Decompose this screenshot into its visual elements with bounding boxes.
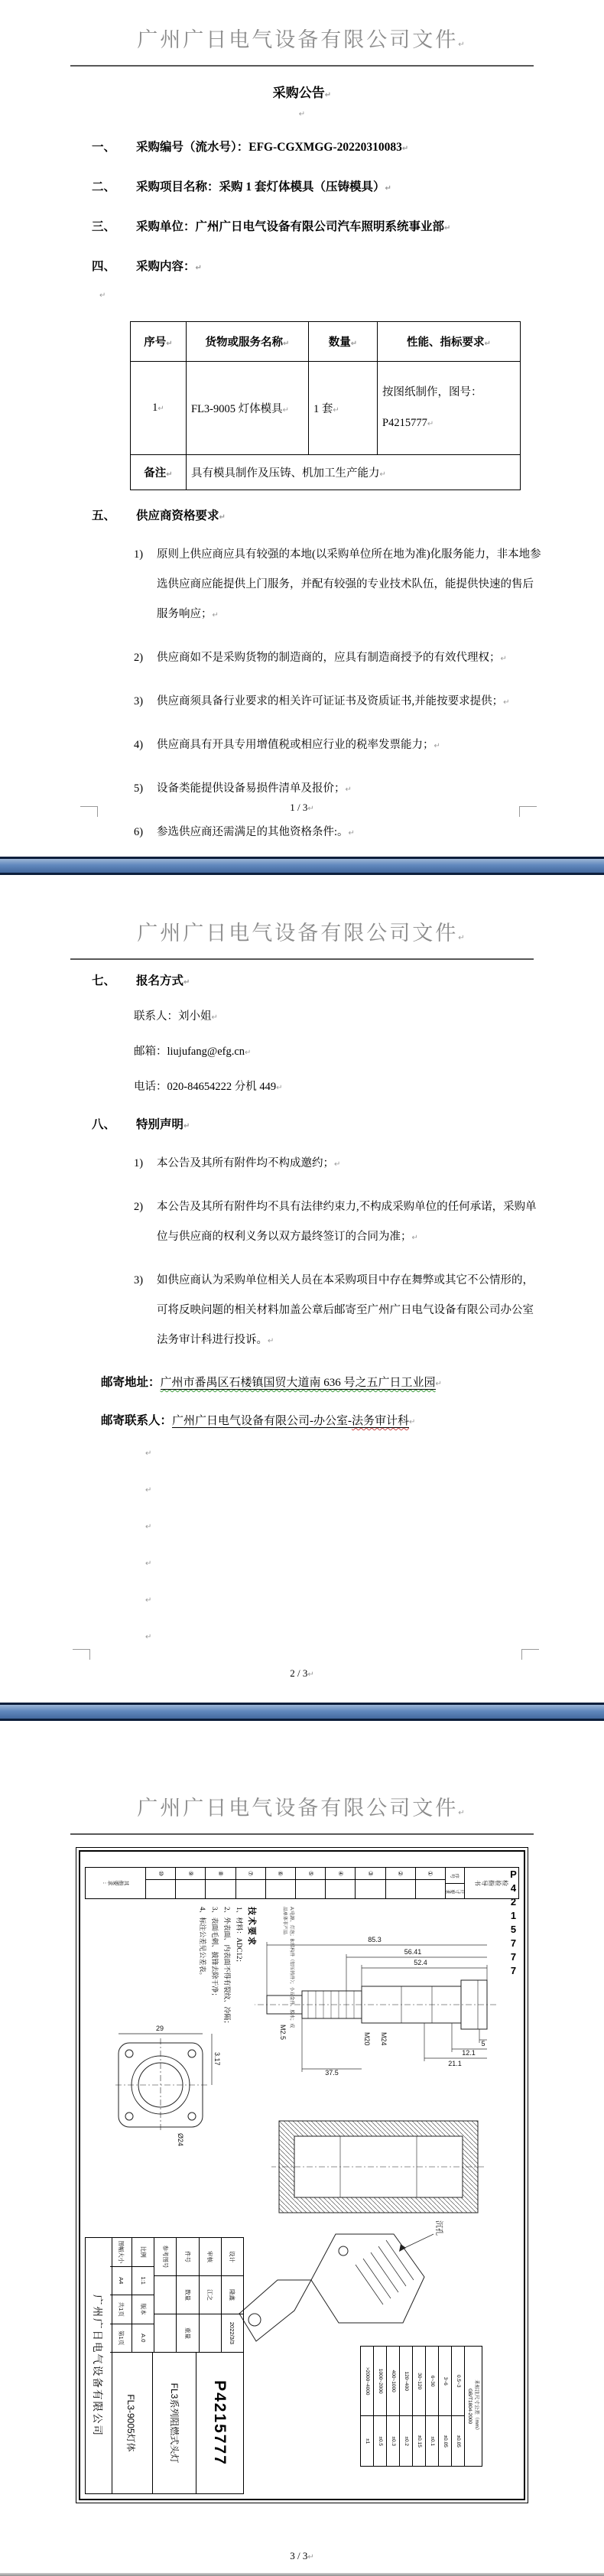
- empty-paragraph: ↵: [145, 1560, 604, 1596]
- qual-text: 参选供应商还需满足的其他资格条件:。↵: [157, 818, 355, 848]
- statement-text: 如供应商认为采购单位相关人员在本采购项目中存在舞弊或其它不公情形的，可将反映问题…: [157, 1266, 543, 1356]
- title-block-fields: 设计隆鑫2022/3/3 审核江之 件号数量重量 参考图号 比例1:1版本A.0: [110, 2238, 243, 2353]
- tech-line: 4、标注公差见公差表。: [196, 1907, 209, 2067]
- qualification-item: 6)参选供应商还需满足的其他资格条件:。↵: [134, 818, 543, 848]
- section-number: 八、: [92, 1116, 136, 1136]
- tb-row-size: 图幅大小A4共1页第1页: [110, 2238, 132, 2352]
- company-header: 广州广日电气设备有限公司文件↵: [0, 919, 604, 952]
- mail-contact: 邮寄联系人：广州广日电气设备有限公司-办公室-法务审计科↵: [101, 1411, 558, 1433]
- part-name: FL3-9005灯体: [110, 2353, 152, 2493]
- page-separator: [0, 1703, 604, 1721]
- svg-text:Ø24: Ø24: [177, 2133, 184, 2146]
- contact-person: 联系人：刘小姐↵: [134, 1007, 558, 1027]
- title-block: 设计隆鑫2022/3/3 审核江之 件号数量重量 参考图号 比例1:1版本A.0: [85, 2237, 244, 2494]
- inspection-row: ⑩: [145, 1868, 175, 1898]
- empty-paragraph: ↵: [99, 291, 604, 300]
- qual-text: 供应商具有开具专用增值税或相应行业的税率发票能力；↵: [157, 730, 440, 761]
- empty-paragraph: ↵: [145, 1523, 604, 1560]
- tb-row-check: 审核江之: [199, 2238, 221, 2352]
- title-block-names: P4215777 FL3系列阻燃式头灯 FL3-9005灯体: [110, 2353, 243, 2493]
- margin-mark: [73, 1649, 90, 1660]
- empty-paragraph: ↵: [145, 1486, 604, 1523]
- tech-title: 技术要求: [245, 1907, 258, 2067]
- col-header-no: 序号↵: [131, 322, 187, 362]
- page-number: 2 / 3↵: [0, 1667, 604, 1680]
- tolerance-row: 6~30±0.1: [425, 2347, 438, 2466]
- section-4: 四、 采购内容：↵: [92, 258, 558, 278]
- company-header: 广州广日电气设备有限公司文件↵: [0, 1794, 604, 1827]
- tech-line: 3、表面毛刺、披锋去除干净；: [209, 1907, 221, 2067]
- section-1: 一、 采购编号（流水号）：EFG-CGXMGG-20220310083↵: [92, 138, 558, 158]
- section-7: 七、 报名方式↵: [92, 972, 558, 992]
- empty-paragraph: ↵: [0, 110, 604, 119]
- svg-text:29: 29: [156, 2025, 164, 2032]
- contact-phone: 电话：020-84654222 分机 449↵: [134, 1078, 558, 1098]
- svg-text:M24: M24: [380, 2032, 388, 2046]
- empty-paragraph: ↵: [145, 1596, 604, 1633]
- tolerance-row: 3~6±0.05: [438, 2347, 451, 2466]
- tolerance-row: 400~1000±0.3: [386, 2347, 399, 2466]
- qualification-item: 4)供应商具有开具专用增值税或相应行业的税率发票能力；↵: [134, 730, 543, 761]
- engineering-drawing: 52.4 56.41 85.3 5 12.1 21.1 37.5 M24 M20…: [79, 1850, 525, 2500]
- tolerance-row: >2000~4000±1: [361, 2347, 373, 2466]
- material-notes: A:电源、灯泡；B:结构件（铝压铸件）；小五金件、胶水；成品单体非产品: [281, 1907, 294, 2029]
- section-2: 二、 采购项目名称：采购 1 套灯体模具（压铸模具）↵: [92, 178, 558, 198]
- svg-text:52.4: 52.4: [414, 1959, 427, 1966]
- inspection-row: ⑤: [295, 1868, 325, 1898]
- tb-row-item: 件号数量重量: [176, 2238, 198, 2352]
- statement-text: 本公告及其所有附件均不构成邀约；↵: [157, 1149, 340, 1179]
- section-number: 四、: [92, 258, 136, 278]
- margin-mark: [521, 1649, 539, 1660]
- svg-text:沉孔: 沉孔: [434, 2220, 444, 2236]
- header-rule: [70, 958, 534, 960]
- tolerance-row: 120~400±0.2: [399, 2347, 412, 2466]
- tech-line: 2、外表面、内表面不得有裂纹、冷隔；: [221, 1907, 233, 2067]
- cell-spec: 按图纸制作，图号： P4215777↵: [378, 362, 521, 455]
- svg-text:21.1: 21.1: [448, 2060, 462, 2067]
- statement-item: 2)本公告及其所有附件均不具有法律约束力,不构成采购单位的任何承诺，采购单位与供…: [134, 1192, 543, 1253]
- tolerance-row: 0.5~3±0.05: [451, 2347, 464, 2466]
- qualification-item: 2)供应商如不是采购货物的制造商的，应具有制造商授予的有效代理权；↵: [134, 643, 543, 674]
- col-header-spec: 性能、指标要求↵: [378, 322, 521, 362]
- qual-text: 设备类能提供设备易损件清单及报价；↵: [157, 774, 352, 805]
- procurement-table: 序号↵ 货物或服务名称↵ 数量↵ 性能、指标要求↵ 1↵ FL3-9005 灯体…: [130, 321, 521, 490]
- page-number: 1 / 3↵: [0, 802, 604, 814]
- inspection-row: ⑨: [175, 1868, 205, 1898]
- tech-line: 1、材料：ADC12；: [233, 1907, 245, 2067]
- tolerance-title: 未标注尺寸公差（mm）GB/T1804-2000: [464, 2347, 482, 2466]
- table-header-row: 序号↵ 货物或服务名称↵ 数量↵ 性能、指标要求↵: [131, 322, 521, 362]
- tb-row-design: 设计隆鑫2022/3/3: [221, 2238, 243, 2352]
- section-number: 七、: [92, 972, 136, 992]
- page-3: 广州广日电气设备有限公司文件↵: [0, 1721, 604, 2573]
- section-number: 五、: [92, 507, 136, 527]
- page-title: 采购公告↵: [0, 82, 604, 101]
- section-number: 三、: [92, 218, 136, 238]
- section-text: 采购项目名称：采购 1 套灯体模具（压铸模具）↵: [136, 178, 391, 198]
- section-3: 三、 采购单位：广州广日电气设备有限公司汽车照明系统事业部↵: [92, 218, 558, 238]
- part-number-vertical: P4215777: [508, 1869, 519, 1979]
- svg-text:37.5: 37.5: [325, 2069, 339, 2077]
- statement-text: 本公告及其所有附件均不具有法律约束力,不构成采购单位的任何承诺，采购单位与供应商…: [157, 1192, 543, 1253]
- page-separator: [0, 857, 604, 875]
- page-number: 3 / 3↵: [0, 2550, 604, 2562]
- svg-text:M20: M20: [363, 2032, 371, 2046]
- qualification-item: 3)供应商须具备行业要求的相关许可证证书及资质证书,并能按要求提供；↵: [134, 687, 543, 717]
- company-name: 广州广日电气设备有限公司: [86, 2238, 112, 2493]
- part-number: P4215777: [196, 2353, 243, 2493]
- section-number: 一、: [92, 138, 136, 158]
- inspection-row: ⑥: [265, 1868, 295, 1898]
- statement-item: 3)如供应商认为采购单位相关人员在本采购项目中存在舞弊或其它不公情形的，可将反映…: [134, 1266, 543, 1356]
- cell-qty: 1 套↵: [309, 362, 378, 455]
- qual-text: 供应商须具备行业要求的相关许可证证书及资质证书,并能按要求提供；↵: [157, 687, 510, 717]
- svg-text:85.3: 85.3: [368, 1936, 382, 1943]
- pilcrow-mark: ↵: [458, 41, 466, 49]
- tb-row-scale: 比例1:1版本A.0: [132, 2238, 154, 2352]
- qualification-item: 5)设备类能提供设备易损件清单及报价；↵: [134, 774, 543, 805]
- tolerance-row: 30~120±0.15: [412, 2347, 425, 2466]
- inspection-header: 序号 尺寸要求: [445, 1868, 464, 1898]
- qual-text: 原则上供应商应具有较强的本地(以采购单位所在地为准)化服务能力，非本地参选供应商…: [157, 540, 543, 630]
- tolerance-row: 1000~2000±0.5: [373, 2347, 386, 2466]
- header-rule: [70, 1833, 534, 1835]
- col-req: 尺寸要求: [446, 1884, 464, 1899]
- section-text: 供应商资格要求↵: [136, 507, 226, 527]
- header-rule: [70, 65, 534, 67]
- page-2: 广州广日电气设备有限公司文件↵ 七、 报名方式↵ 联系人：刘小姐↵ 邮箱：liu…: [0, 875, 604, 1703]
- inspection-row: ①: [415, 1868, 445, 1898]
- col-header-name: 货物或服务名称↵: [187, 322, 309, 362]
- page-1: 广州广日电气设备有限公司文件↵ 采购公告↵ ↵ 一、 采购编号（流水号）：EFG…: [0, 0, 604, 857]
- tolerance-table: 未标注尺寸公差（mm）GB/T1804-2000 0.5~3±0.05 3~6±…: [360, 2346, 482, 2467]
- section-text: 采购单位：广州广日电气设备有限公司汽车照明系统事业部↵: [136, 218, 450, 238]
- section-text: 报名方式↵: [136, 972, 190, 992]
- svg-text:56.41: 56.41: [404, 1948, 422, 1956]
- section-text: 采购内容：↵: [136, 258, 202, 278]
- table-remark-row: 备注↵ 具有模具制作及压铸、机加工生产能力↵: [131, 455, 521, 490]
- product-name: FL3系列阻燃式头灯: [152, 2353, 195, 2493]
- cell-remark-label: 备注↵: [131, 455, 187, 490]
- mail-address: 邮寄地址：广州市番禺区石楼镇国贸大道南 636 号之五广日工业园↵: [101, 1373, 558, 1394]
- qual-text: 供应商如不是采购货物的制造商的，应具有制造商授予的有效代理权；↵: [157, 643, 507, 674]
- svg-text:5: 5: [481, 2040, 485, 2047]
- col-header-qty: 数量↵: [309, 322, 378, 362]
- inspection-table: 检验指导书 序号 尺寸要求 ① ② ③ ④ ⑤ ⑥ ⑦ ⑧ ⑨ ⑩ 其他要求:: [85, 1867, 519, 1899]
- contact-email: 邮箱：liujufang@efg.cn↵: [134, 1042, 558, 1062]
- company-header: 广州广日电气设备有限公司文件↵: [0, 26, 604, 59]
- inspection-row: ⑦: [235, 1868, 265, 1898]
- inspection-row: ⑧: [205, 1868, 235, 1898]
- inspection-row: ④: [325, 1868, 355, 1898]
- technical-requirements: 技术要求 1、材料：ADC12； 2、外表面、内表面不得有裂纹、冷隔； 3、表面…: [196, 1907, 258, 2067]
- table-row: 1↵ FL3-9005 灯体模具↵ 1 套↵ 按图纸制作，图号： P421577…: [131, 362, 521, 455]
- statement-item: 1)本公告及其所有附件均不构成邀约；↵: [134, 1149, 543, 1179]
- inspection-row: ③: [355, 1868, 385, 1898]
- bottom-edge: [0, 2573, 604, 2576]
- tb-row-ref: 参考图号: [154, 2238, 176, 2352]
- col-seq: 序号: [446, 1868, 464, 1884]
- inspection-row: ②: [385, 1868, 415, 1898]
- section-text: 采购编号（流水号）：EFG-CGXMGG-20220310083↵: [136, 138, 408, 158]
- drawing-landscape-sheet: 52.4 56.41 85.3 5 12.1 21.1 37.5 M24 M20…: [79, 1850, 525, 2500]
- inspection-other: 其他要求:: [86, 1868, 145, 1898]
- section-number: 二、: [92, 178, 136, 198]
- qualification-item: 1)原则上供应商应具有较强的本地(以采购单位所在地为准)化服务能力，非本地参选供…: [134, 540, 543, 630]
- cell-name: FL3-9005 灯体模具↵: [187, 362, 309, 455]
- section-5: 五、 供应商资格要求↵: [92, 507, 558, 527]
- cell-no: 1↵: [131, 362, 187, 455]
- empty-paragraph: ↵: [145, 1449, 604, 1486]
- section-text: 特别声明↵: [136, 1116, 190, 1136]
- section-8: 八、 特别声明↵: [92, 1116, 558, 1136]
- svg-text:12.1: 12.1: [462, 2049, 476, 2057]
- cell-remark: 具有模具制作及压铸、机加工生产能力↵: [187, 455, 521, 490]
